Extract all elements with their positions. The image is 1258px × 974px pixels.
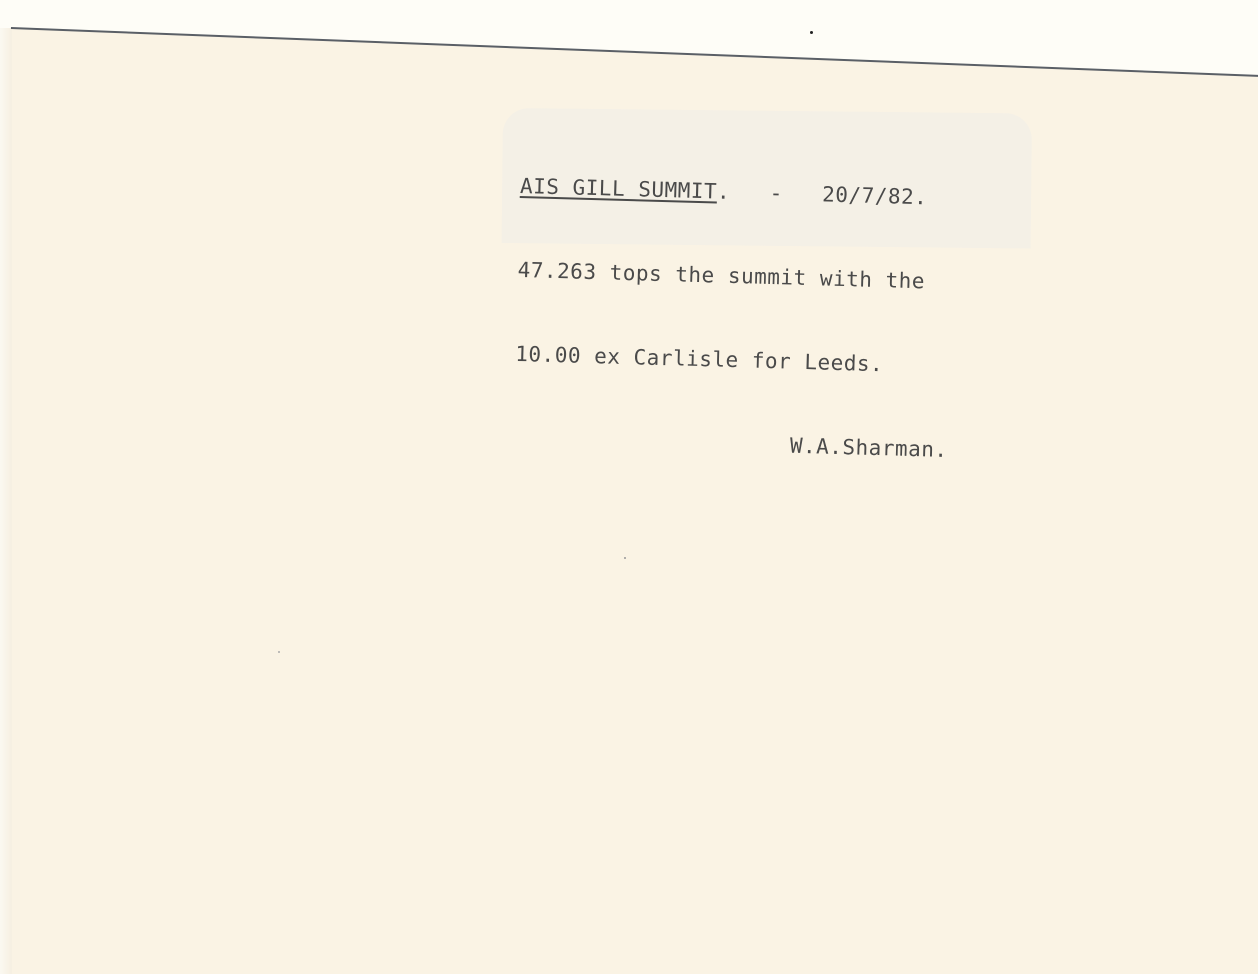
photo-left-edge-shadow: [0, 28, 12, 974]
caption-date: . - 20/7/82.: [717, 179, 928, 209]
caption-text: AIS GILL SUMMIT. - 20/7/82. 47.263 tops …: [512, 116, 957, 492]
caption-title: AIS GILL SUMMIT: [520, 174, 718, 203]
dust-speck: [810, 31, 813, 34]
caption-line-3: 10.00 ex Carlisle for Leeds.: [515, 340, 950, 380]
caption-heading: AIS GILL SUMMIT. - 20/7/82.: [520, 172, 955, 212]
dust-speck: [624, 557, 626, 559]
caption-signature: W.A.Sharman.: [513, 424, 948, 464]
caption-line-2: 47.263 tops the summit with the: [517, 256, 952, 296]
dust-speck: [278, 651, 280, 653]
